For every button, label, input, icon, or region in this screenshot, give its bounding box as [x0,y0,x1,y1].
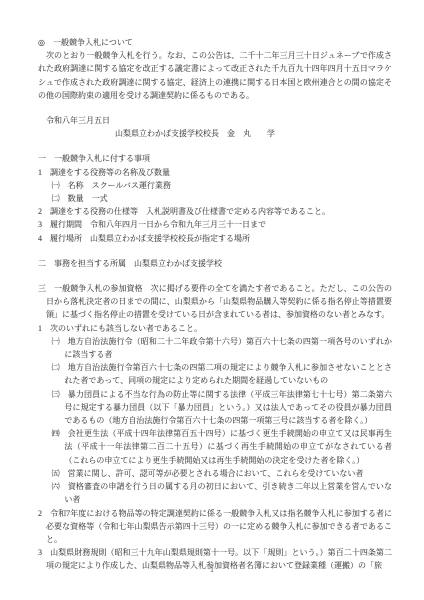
numbered-item: 2 令和7年度における物品等の特定調達契約に係る一般競争入札又は指名競争入札に参… [38,507,392,547]
document-body: ◎ 一般競争入札について次のとおり一般競争入札を行う。なお、この公告は、二千十二… [0,0,424,573]
lettered-sub-item: ㈢ 暴力団員による不当な行為の防止等に関する法律（平成三年法律第七十七号）第二条… [52,388,392,428]
lettered-sub-item: ㈥ 資格審査の申請を行う日の属する月の初日において、引き続き二年以上営業を営んで… [52,480,392,506]
signer-name: 金 丸 学 [227,129,275,138]
document-page: ◎ 一般競争入札について次のとおり一般競争入札を行う。なお、この公告は、二千十二… [0,0,424,600]
lettered-sub-item: ㈠ 名称 スクールバス運行業務 [52,179,392,192]
doc-title: ◎ 一般競争入札について [38,36,392,49]
section-heading: 一 一般競争入札に付する事項 [38,152,392,165]
numbered-item: 1 調達をする役務等の名称及び数量 [38,166,392,179]
numbered-item: 2 調達をする役務の仕様等 入札説明書及び仕様書で定める内容等であること。 [38,205,392,218]
lettered-sub-item: ㈡ 地方自治法施行令第百六十七条の四第二項の規定により競争入札に参加させないこと… [52,361,392,387]
lettered-sub-item: ㈠ 地方自治法施行令（昭和二十二年政令第十六号）第百六十七条の四第一項各号のいず… [52,335,392,361]
lettered-sub-item: ㈡ 数量 一式 [52,192,392,205]
signature-line: 山梨県立わかば支援学校校長金 丸 学 [38,127,392,140]
lettered-sub-item: ㈣ 会社更生法（平成十四年法律第百五十四号）に基づく更生手続開始の申立て又は民事… [52,427,392,467]
numbered-item: 3 履行期間 令和八年四月一日から令和九年三月三十一日まで [38,218,392,231]
intro-paragraph: 次のとおり一般競争入札を行う。なお、この公告は、二千十二年三月三十日ジュネーブで… [38,49,392,102]
section-heading: 二 事務を担当する所属 山梨県立わかば支援学校 [38,257,392,270]
date-line: 令和八年三月五日 [38,114,392,127]
page-number: 1 [0,565,424,574]
numbered-item: 4 履行場所 山梨県立わかば支援学校校長が指定する場所 [38,232,392,245]
lettered-sub-item: ㈤ 営業に関し、許可、認可等が必要とされる場合において、これらを受けていない者 [52,467,392,480]
section-heading: 三 一般競争入札の参加資格 次に掲げる要件の全てを満たす者であること。ただし、こ… [38,282,392,322]
numbered-item: 1 次のいずれにも該当しない者であること。 [38,322,392,335]
signer-office: 山梨県立わかば支援学校校長 [115,129,219,138]
